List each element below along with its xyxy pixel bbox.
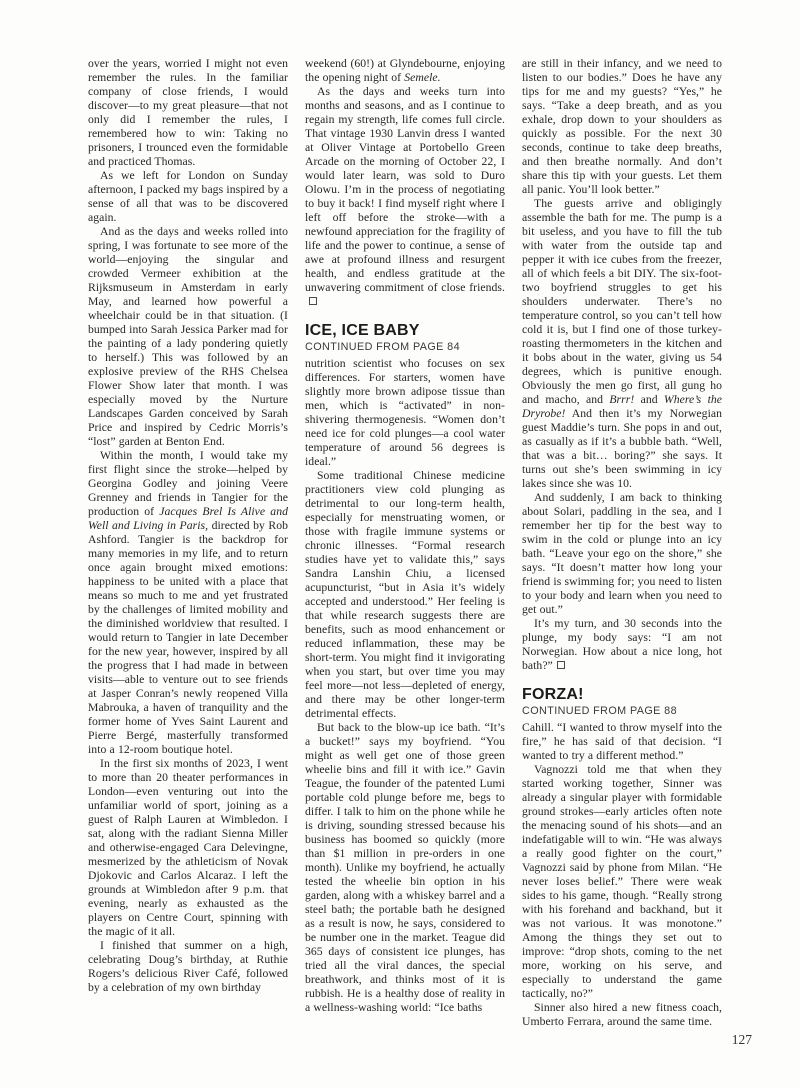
italic-text: Brrr! <box>609 393 634 406</box>
text-run: over the years, worried I might not even… <box>88 57 288 168</box>
text-run: are still in their infancy, and we need … <box>522 57 722 196</box>
paragraph: weekend (60!) at Glyndebourne, enjoying … <box>305 57 505 85</box>
text-run: and <box>634 393 664 406</box>
text-run: nutrition scientist who focuses on sex d… <box>305 357 505 468</box>
paragraph: As the days and weeks turn into months a… <box>305 85 505 309</box>
article-columns: over the years, worried I might not even… <box>88 57 722 1029</box>
paragraph: nutrition scientist who focuses on sex d… <box>305 357 505 469</box>
paragraph: And suddenly, I am back to thinking abou… <box>522 491 722 617</box>
text-run: Vagnozzi told me that when they started … <box>522 763 722 1000</box>
column-2: weekend (60!) at Glyndebourne, enjoying … <box>305 57 505 1029</box>
paragraph: But back to the blow-up ice bath. “It’s … <box>305 721 505 1015</box>
text-run: I finished that summer on a high, celebr… <box>88 939 288 994</box>
paragraph: Cahill. “I wanted to throw myself into t… <box>522 721 722 763</box>
column-1: over the years, worried I might not even… <box>88 57 288 1029</box>
paragraph: I finished that summer on a high, celebr… <box>88 939 288 995</box>
page-number: 127 <box>732 1032 752 1048</box>
italic-text: Semele. <box>404 71 440 84</box>
text-run: And suddenly, I am back to thinking abou… <box>522 491 722 616</box>
text-run: But back to the blow-up ice bath. “It’s … <box>305 721 505 1014</box>
article-title: FORZA! <box>522 686 722 704</box>
paragraph: Within the month, I would take my first … <box>88 449 288 757</box>
magazine-page: over the years, worried I might not even… <box>0 0 800 1088</box>
end-of-article-mark <box>557 661 565 669</box>
text-run: It’s my turn, and 30 seconds into the pl… <box>522 617 722 672</box>
text-run: Sinner also hired a new fitness coach, U… <box>522 1001 722 1028</box>
text-run: Cahill. “I wanted to throw myself into t… <box>522 721 722 762</box>
paragraph: are still in their infancy, and we need … <box>522 57 722 197</box>
paragraph: As we left for London on Sunday afternoo… <box>88 169 288 225</box>
text-run: As the days and weeks turn into months a… <box>305 85 505 294</box>
paragraph: Vagnozzi told me that when they started … <box>522 763 722 1001</box>
article-title: ICE, ICE BABY <box>305 322 505 340</box>
text-run: The guests arrive and obligingly assembl… <box>522 197 722 406</box>
continued-from-label: CONTINUED FROM PAGE 88 <box>522 705 722 718</box>
end-of-article-mark <box>309 297 317 305</box>
continued-from-label: CONTINUED FROM PAGE 84 <box>305 341 505 354</box>
text-run: And as the days and weeks rolled into sp… <box>88 225 288 448</box>
paragraph: Sinner also hired a new fitness coach, U… <box>522 1001 722 1029</box>
text-run: , directed by Rob Ashford. Tangier is th… <box>88 519 288 756</box>
text-run: As we left for London on Sunday afternoo… <box>88 169 288 224</box>
paragraph: over the years, worried I might not even… <box>88 57 288 169</box>
column-3: are still in their infancy, and we need … <box>522 57 722 1029</box>
paragraph: Some traditional Chinese medicine practi… <box>305 469 505 721</box>
text-run: Some traditional Chinese medicine practi… <box>305 469 505 720</box>
paragraph: The guests arrive and obligingly assembl… <box>522 197 722 491</box>
paragraph: In the first six months of 2023, I went … <box>88 757 288 939</box>
paragraph: And as the days and weeks rolled into sp… <box>88 225 288 449</box>
text-run: In the first six months of 2023, I went … <box>88 757 288 938</box>
paragraph: It’s my turn, and 30 seconds into the pl… <box>522 617 722 673</box>
